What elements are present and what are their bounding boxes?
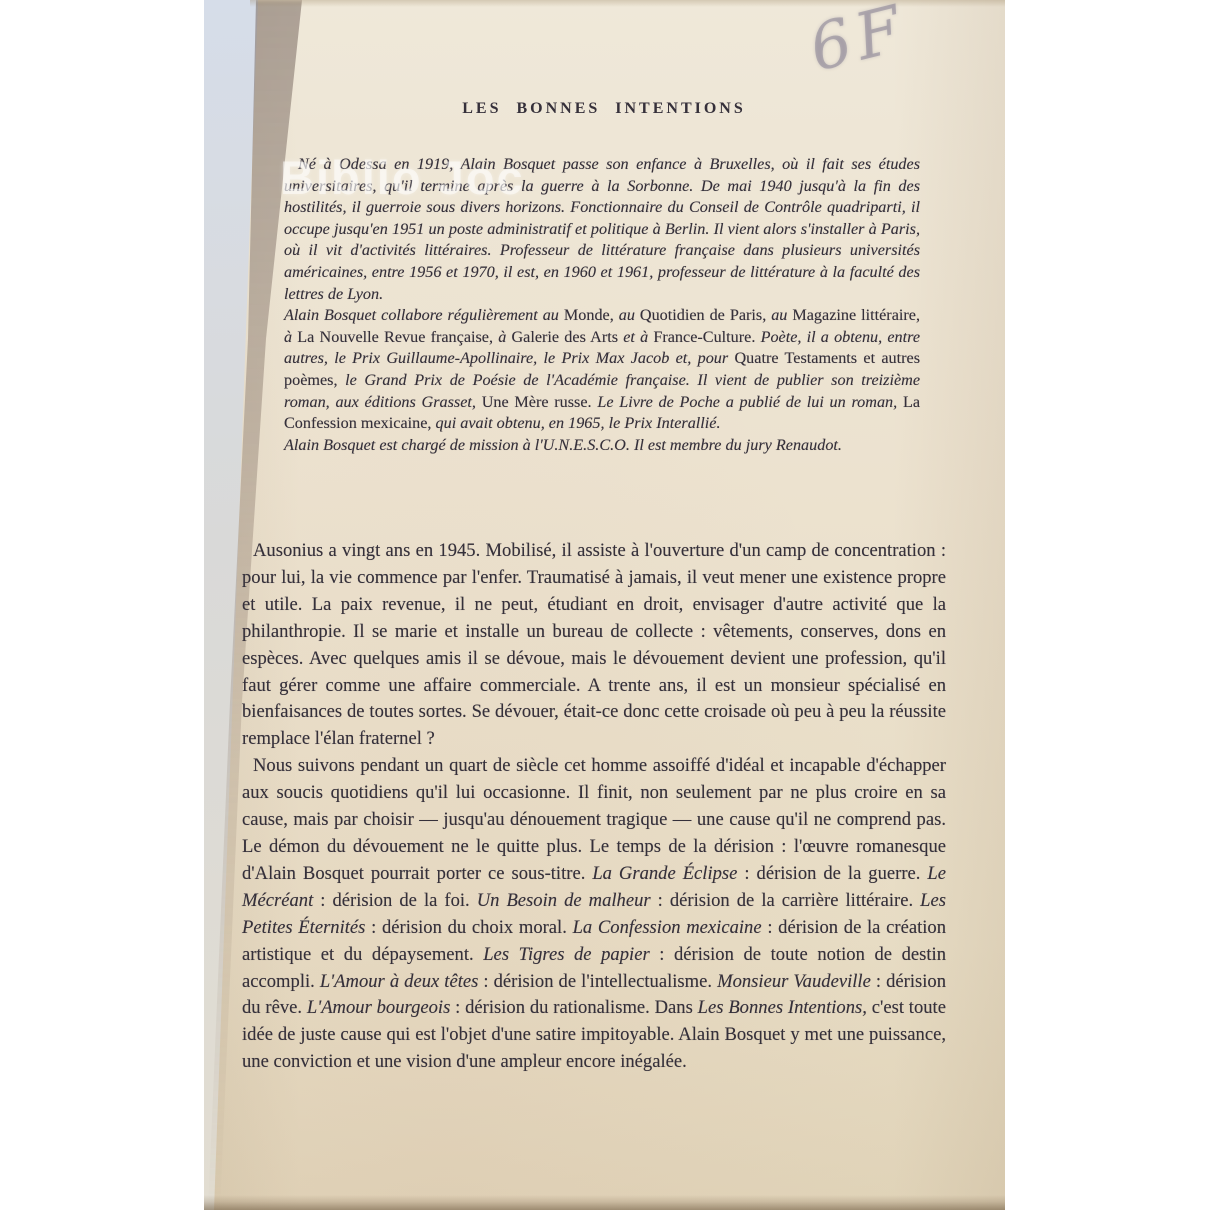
author-bio-section: Né à Odessa en 1919, Alain Bosquet passe…: [284, 154, 920, 456]
book-photo: 6F LES BONNES INTENTIONS Né à Odessa en …: [204, 0, 1005, 1210]
page-title: LES BONNES INTENTIONS: [284, 100, 924, 118]
handwritten-price-note: 6F: [802, 0, 914, 87]
review-body-section: Ausonius a vingt ans en 1945. Mobilisé, …: [242, 538, 946, 1076]
bottom-page-edges: [204, 1195, 1005, 1210]
